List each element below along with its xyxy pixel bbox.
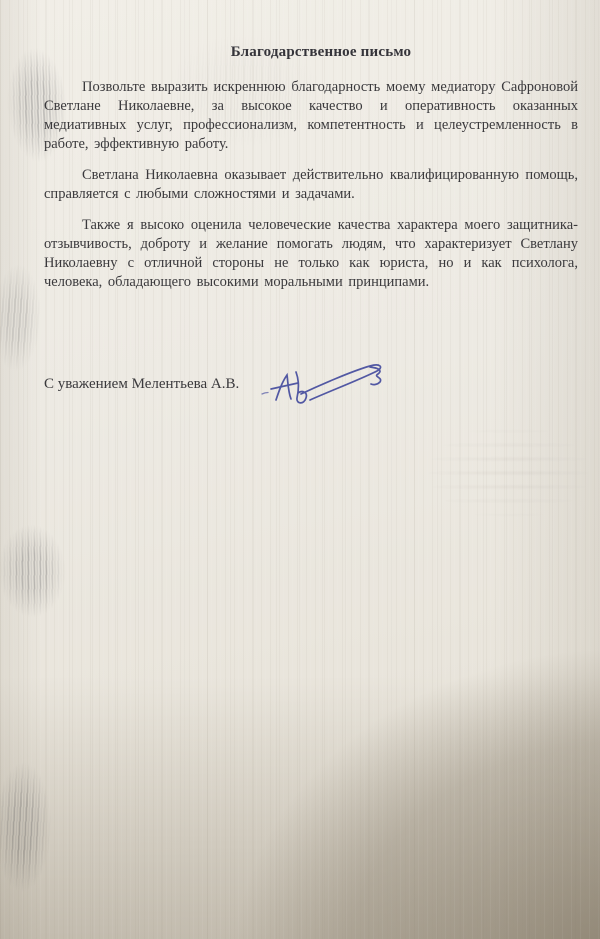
- scan-smudge-left-mid: [0, 247, 50, 389]
- letter-paragraph-2: Светлана Николаевна оказывает действител…: [44, 166, 578, 204]
- letter-paragraph-3: Также я высоко оценила человеческие каче…: [44, 216, 578, 292]
- scan-smudge-bottom-left: [0, 741, 61, 912]
- scan-smudge-left-center: [0, 509, 78, 634]
- scanned-letter-page: Благодарственное письмо Позвольте вырази…: [0, 0, 600, 939]
- handwritten-signature: [260, 358, 405, 410]
- letter-body: Благодарственное письмо Позвольте вырази…: [44, 44, 578, 304]
- closing-text: С уважением Мелентьева А.В.: [44, 376, 239, 392]
- letter-title: Благодарственное письмо: [54, 44, 588, 61]
- letter-paragraph-1: Позвольте выразить искреннюю благодарнос…: [44, 78, 578, 154]
- closing-line: С уважением Мелентьева А.В.: [44, 376, 239, 393]
- ink-bleed-ghost-marks: [410, 425, 590, 530]
